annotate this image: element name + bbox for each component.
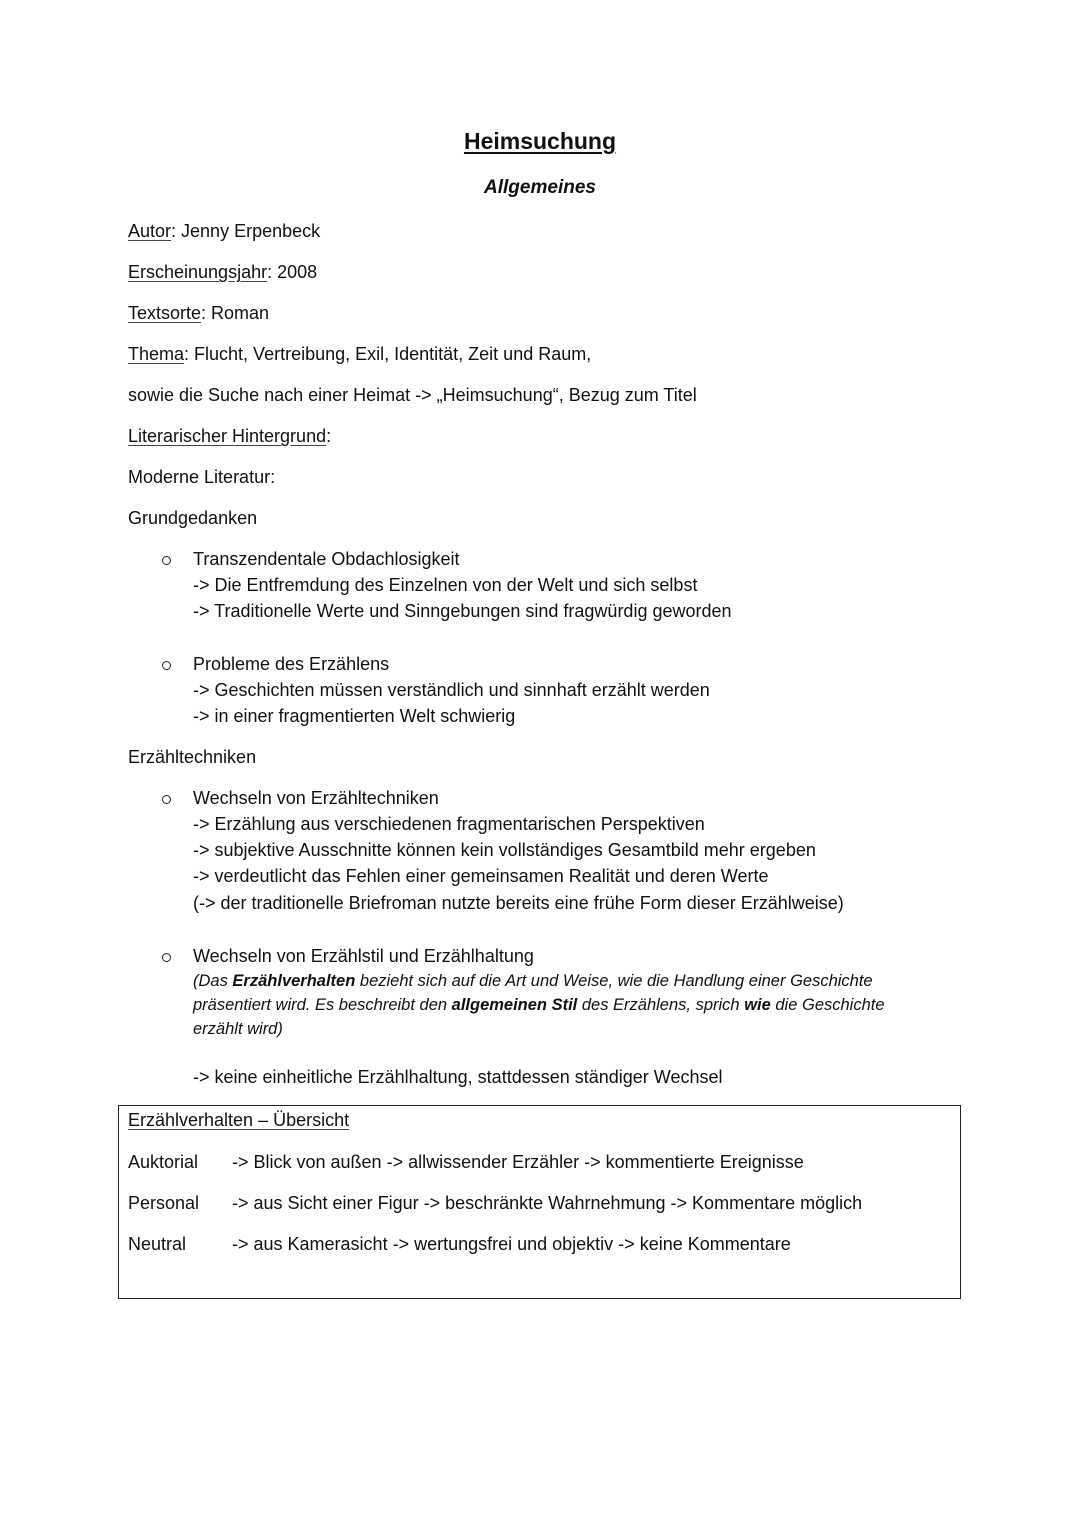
fact-value: : Flucht, Vertreibung, Exil, Identität, … [184,344,591,364]
fact-erscheinungsjahr: Erscheinungsjahr: 2008 [128,262,317,283]
fact-value: : 2008 [267,262,317,282]
bullet-line: (-> der traditionelle Briefroman nutzte … [193,893,844,914]
fact-autor: Autor: Jenny Erpenbeck [128,221,320,242]
overview-row-label: Personal [128,1193,199,1214]
fact-label: Erscheinungsjahr [128,262,267,282]
overview-row-text: -> Blick von außen -> allwissender Erzäh… [232,1152,804,1173]
definition-note-line: präsentiert wird. Es beschreibt den allg… [193,996,885,1015]
thema-continued: sowie die Suche nach einer Heimat -> „He… [128,385,697,406]
literary-background-label: Literarischer Hintergrund [128,426,326,446]
emphasis: allgemeinen Stil [452,996,578,1014]
overview-row-label: Auktorial [128,1152,198,1173]
fact-label: Autor [128,221,171,241]
bullet-line: -> Traditionelle Werte und Sinngebungen … [193,601,732,622]
fact-label: Thema [128,344,184,364]
document-page: Heimsuchung Allgemeines Autor: Jenny Erp… [0,0,1080,1527]
bullet-circle-icon [162,556,171,565]
bullet-conclusion: -> keine einheitliche Erzählhaltung, sta… [193,1067,722,1088]
literary-background: Literarischer Hintergrund: [128,426,331,447]
bullet-title: Probleme des Erzählens [193,654,389,675]
fact-label: Textsorte [128,303,201,323]
bullet-line: -> Geschichten müssen verständlich und s… [193,680,710,701]
overview-box-title: Erzählverhalten – Übersicht [128,1110,349,1131]
definition-note-line: (Das Erzählverhalten bezieht sich auf di… [193,972,873,991]
erzaehltechniken-heading: Erzähltechniken [128,747,256,768]
bullet-line: -> Erzählung aus verschiedenen fragmenta… [193,814,705,835]
bullet-title: Wechseln von Erzählstil und Erzählhaltun… [193,946,534,967]
fact-thema: Thema: Flucht, Vertreibung, Exil, Identi… [128,344,591,365]
bullet-circle-icon [162,661,171,670]
bullet-line: -> subjektive Ausschnitte können kein vo… [193,840,816,861]
overview-row-label: Neutral [128,1234,186,1255]
bullet-circle-icon [162,795,171,804]
definition-note-line: erzählt wird) [193,1020,283,1039]
bullet-line: -> in einer fragmentierten Welt schwieri… [193,706,515,727]
bullet-circle-icon [162,953,171,962]
bullet-line: -> Die Entfremdung des Einzelnen von der… [193,575,697,596]
bullet-title: Transzendentale Obdachlosigkeit [193,549,460,570]
bullet-line: -> verdeutlicht das Fehlen einer gemeins… [193,866,769,887]
modern-literature-heading: Moderne Literatur: [128,467,275,488]
emphasis: Erzählverhalten [232,972,355,990]
fact-textsorte: Textsorte: Roman [128,303,269,324]
bullet-title: Wechseln von Erzähltechniken [193,788,439,809]
section-heading-allgemeines: Allgemeines [0,177,1080,199]
grundgedanken-heading: Grundgedanken [128,508,257,529]
emphasis: wie [744,996,771,1014]
fact-value: : Jenny Erpenbeck [171,221,320,241]
overview-row-text: -> aus Kamerasicht -> wertungsfrei und o… [232,1234,791,1255]
document-title: Heimsuchung [0,128,1080,155]
fact-value: : Roman [201,303,269,323]
overview-row-text: -> aus Sicht einer Figur -> beschränkte … [232,1193,862,1214]
